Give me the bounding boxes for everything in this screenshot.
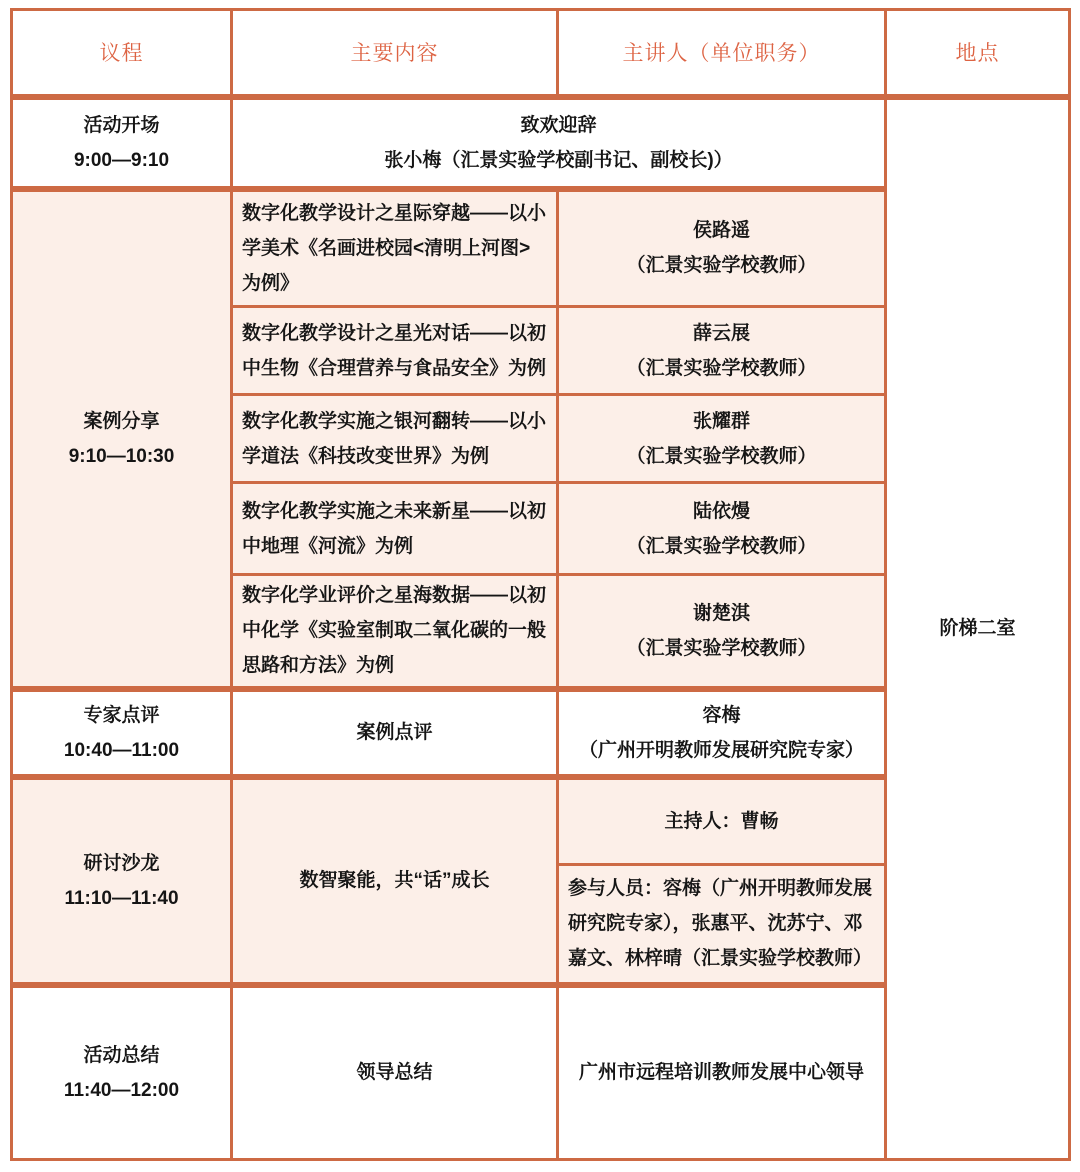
salon-host: 主持人：曹畅 — [558, 777, 886, 865]
case-2-content: 数字化教学设计之星光对话——以初中生物《合理营养与食品安全》为例 — [232, 307, 558, 395]
summary-agenda-cell: 活动总结 11:40—12:00 — [12, 985, 232, 1160]
case-3-speaker-name: 张耀群 — [565, 404, 878, 439]
header-content: 主要内容 — [232, 10, 558, 97]
header-location: 地点 — [886, 10, 1070, 97]
salon-label: 研讨沙龙 — [19, 846, 224, 881]
header-agenda: 议程 — [12, 10, 232, 97]
expert-speaker-affiliation: （广州开明教师发展研究院专家） — [565, 733, 878, 768]
case-4-content: 数字化教学实施之未来新星——以初中地理《河流》为例 — [232, 483, 558, 575]
case-1-content: 数字化教学设计之星际穿越——以小学美术《名画进校园<清明上河图>为例》 — [232, 189, 558, 307]
opening-content-line1: 致欢迎辞 — [239, 108, 878, 143]
case-3-speaker-affiliation: （汇景实验学校教师） — [565, 439, 878, 474]
case-3-speaker-cell: 张耀群 （汇景实验学校教师） — [558, 395, 886, 483]
summary-speaker: 广州市远程培训教师发展中心领导 — [558, 985, 886, 1160]
salon-content: 数智聚能，共“话”成长 — [232, 777, 558, 985]
location-value: 阶梯二室 — [893, 611, 1062, 646]
header-speaker: 主讲人（单位职务） — [558, 10, 886, 97]
agenda-page: 议程 主要内容 主讲人（单位职务） 地点 活动开场 9:00—9:10 致欢迎辞… — [0, 0, 1080, 1172]
opening-content-cell: 致欢迎辞 张小梅（汇景实验学校副书记、副校长)） — [232, 97, 886, 189]
expert-speaker-name: 容梅 — [565, 698, 878, 733]
case-1-speaker-cell: 侯路遥 （汇景实验学校教师） — [558, 189, 886, 307]
case-2-speaker-cell: 薛云展 （汇景实验学校教师） — [558, 307, 886, 395]
opening-label: 活动开场 — [19, 108, 224, 143]
location-cell: 阶梯二室 — [886, 97, 1070, 1160]
summary-label: 活动总结 — [19, 1038, 224, 1073]
expert-label: 专家点评 — [19, 698, 224, 733]
opening-content-line2: 张小梅（汇景实验学校副书记、副校长)） — [239, 143, 878, 178]
summary-time: 11:40—12:00 — [19, 1073, 224, 1108]
case-4-speaker-name: 陆依熳 — [565, 494, 878, 529]
expert-agenda-cell: 专家点评 10:40—11:00 — [12, 689, 232, 777]
case-2-speaker-affiliation: （汇景实验学校教师） — [565, 351, 878, 386]
case-5-speaker-affiliation: （汇景实验学校教师） — [565, 631, 878, 666]
case-3-content: 数字化教学实施之银河翻转——以小学道法《科技改变世界》为例 — [232, 395, 558, 483]
salon-time: 11:10—11:40 — [19, 881, 224, 916]
case-4-speaker-cell: 陆依熳 （汇景实验学校教师） — [558, 483, 886, 575]
case-1-speaker-affiliation: （汇景实验学校教师） — [565, 248, 878, 283]
case-4-speaker-affiliation: （汇景实验学校教师） — [565, 529, 878, 564]
expert-time: 10:40—11:00 — [19, 733, 224, 768]
header-row: 议程 主要内容 主讲人（单位职务） 地点 — [12, 10, 1070, 97]
case-sharing-agenda-cell: 案例分享 9:10—10:30 — [12, 189, 232, 689]
case-1-speaker-name: 侯路遥 — [565, 213, 878, 248]
summary-content: 领导总结 — [232, 985, 558, 1160]
expert-content: 案例点评 — [232, 689, 558, 777]
salon-participants: 参与人员：容梅（广州开明教师发展研究院专家），张惠平、沈苏宁、邓嘉文、林梓晴（汇… — [558, 865, 886, 985]
opening-agenda-cell: 活动开场 9:00—9:10 — [12, 97, 232, 189]
agenda-table: 议程 主要内容 主讲人（单位职务） 地点 活动开场 9:00—9:10 致欢迎辞… — [10, 8, 1071, 1161]
salon-agenda-cell: 研讨沙龙 11:10—11:40 — [12, 777, 232, 985]
case-2-speaker-name: 薛云展 — [565, 316, 878, 351]
case-5-speaker-name: 谢楚淇 — [565, 596, 878, 631]
case-sharing-time: 9:10—10:30 — [19, 439, 224, 474]
opening-time: 9:00—9:10 — [19, 143, 224, 178]
expert-speaker-cell: 容梅 （广州开明教师发展研究院专家） — [558, 689, 886, 777]
case-sharing-label: 案例分享 — [19, 404, 224, 439]
row-opening: 活动开场 9:00—9:10 致欢迎辞 张小梅（汇景实验学校副书记、副校长)） … — [12, 97, 1070, 189]
case-5-speaker-cell: 谢楚淇 （汇景实验学校教师） — [558, 575, 886, 689]
case-5-content: 数字化学业评价之星海数据——以初中化学《实验室制取二氧化碳的一般思路和方法》为例 — [232, 575, 558, 689]
